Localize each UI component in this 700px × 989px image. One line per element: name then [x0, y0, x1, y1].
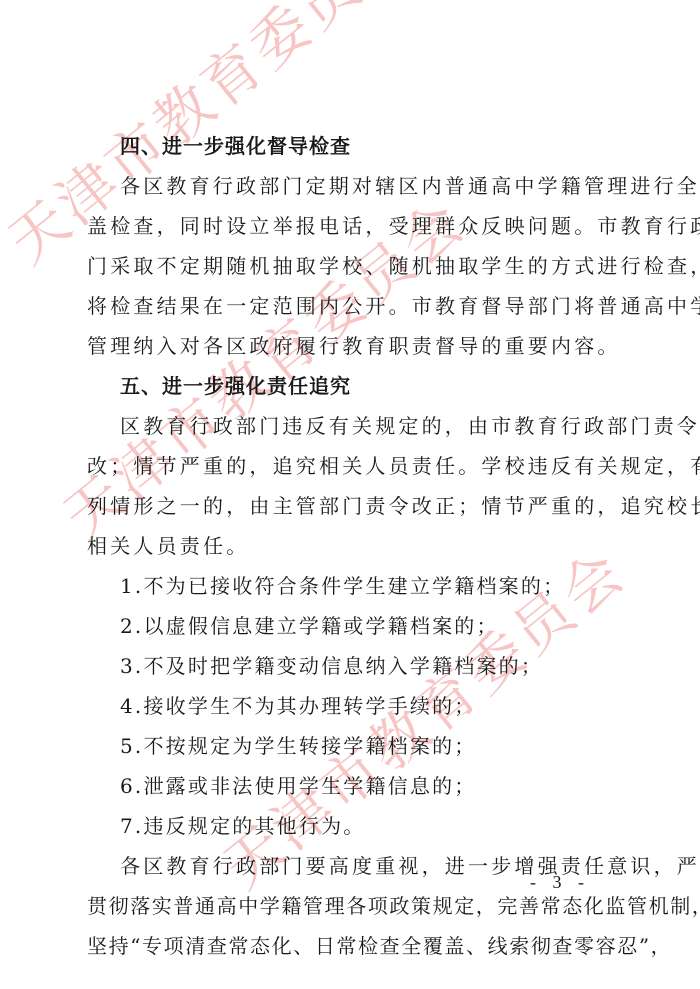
paragraph-line: 将检查结果在一定范围内公开。市教育督导部门将普通高中学籍 — [87, 286, 627, 326]
paragraph-line: 坚持“专项清查常态化、日常检查全覆盖、线索彻查零容忍”， — [87, 926, 627, 966]
paragraph-line: 门采取不定期随机抽取学校、随机抽取学生的方式进行检查，并 — [87, 246, 627, 286]
page-number: - 3 - — [530, 872, 590, 893]
paragraph-line: 各区教育行政部门定期对辖区内普通高中学籍管理进行全覆 — [120, 166, 660, 206]
list-item: 2.以虚假信息建立学籍或学籍档案的； — [120, 606, 660, 646]
document-page: 天津市教育委员会 天津市教育委员会 天津市教育委员会 四、进一步强化督导检查 各… — [0, 0, 700, 989]
paragraph-line: 相关人员责任。 — [87, 526, 627, 566]
list-item: 5.不按规定为学生转接学籍档案的； — [120, 726, 660, 766]
paragraph-line: 改；情节严重的，追究相关人员责任。学校违反有关规定，有下 — [87, 446, 627, 486]
list-item: 7.违反规定的其他行为。 — [120, 806, 660, 846]
list-item: 6.泄露或非法使用学生学籍信息的； — [120, 766, 660, 806]
paragraph-line: 管理纳入对各区政府履行教育职责督导的重要内容。 — [87, 326, 627, 366]
list-item: 3.不及时把学籍变动信息纳入学籍档案的； — [120, 646, 660, 686]
paragraph-line: 盖检查，同时设立举报电话，受理群众反映问题。市教育行政部 — [87, 206, 627, 246]
paragraph-line: 列情形之一的，由主管部门责令改正；情节严重的，追究校长和 — [87, 486, 627, 526]
list-item: 1.不为已接收符合条件学生建立学籍档案的； — [120, 566, 660, 606]
list-item: 4.接收学生不为其办理转学手续的； — [120, 686, 660, 726]
section-heading: 五、进一步强化责任追究 — [120, 366, 660, 406]
paragraph-line: 区教育行政部门违反有关规定的，由市教育行政部门责令整 — [120, 406, 660, 446]
section-heading: 四、进一步强化督导检查 — [120, 126, 660, 166]
